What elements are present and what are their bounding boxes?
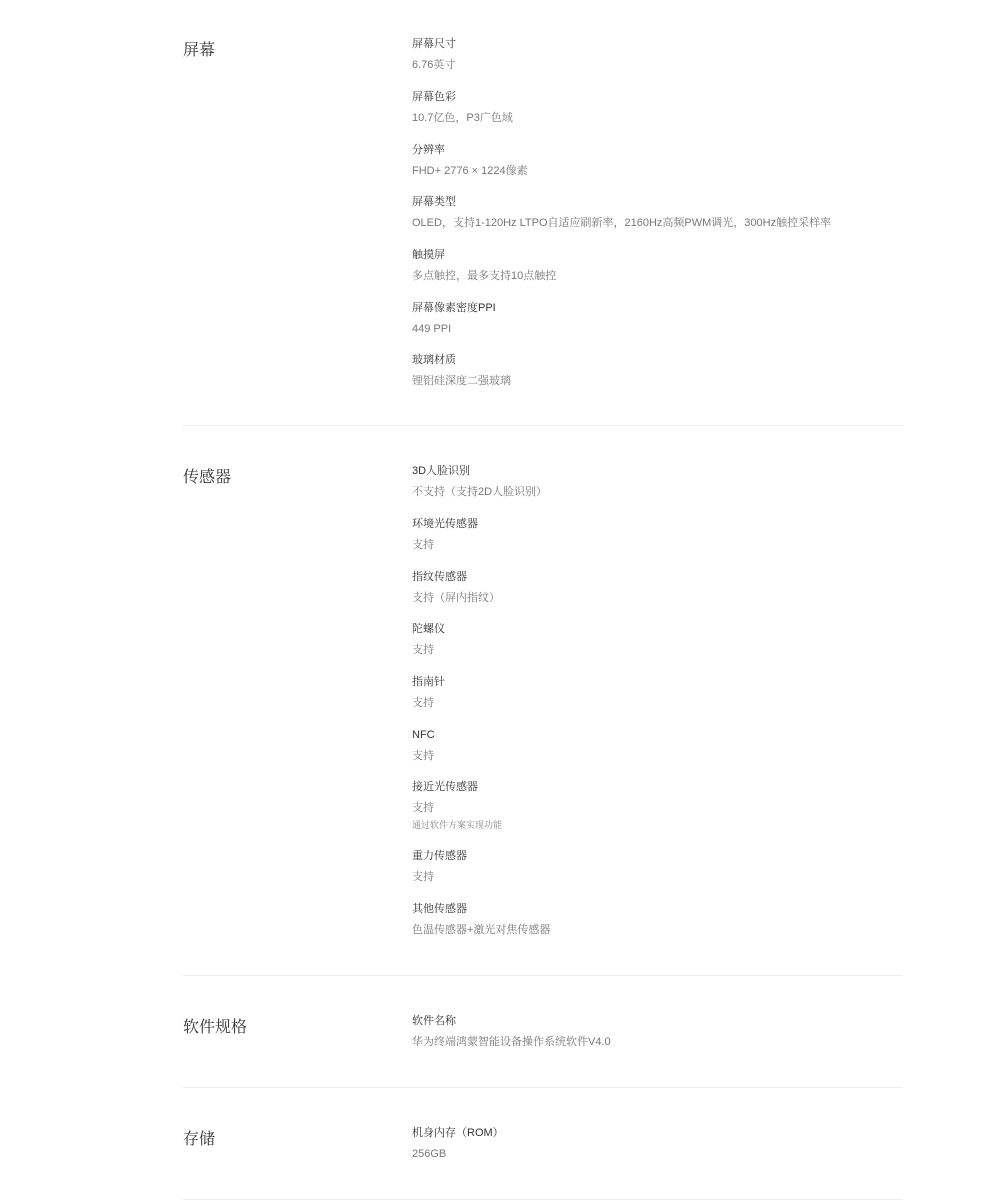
spec-item: 屏幕色彩 10.7亿色，P3广色域 xyxy=(412,90,513,126)
spec-value: FHD+ 2776 × 1224像素 xyxy=(412,164,528,179)
spec-value: 色温传感器+激光对焦传感器 xyxy=(412,923,550,938)
spec-item: 屏幕像素密度PPI 449 PPI xyxy=(412,301,496,337)
spec-value: 支持 xyxy=(412,801,502,816)
section-sensors: 传感器 3D人脸识别 不支持（支持2D人脸识别） 环境光传感器 支持 指纹传感器… xyxy=(183,464,903,976)
spec-note: 通过软件方案实现功能 xyxy=(412,819,502,831)
spec-item: 软件名称 华为终端鸿蒙智能设备操作系统软件V4.0 xyxy=(412,1014,611,1050)
spec-label: 屏幕类型 xyxy=(412,195,831,210)
spec-value: 不支持（支持2D人脸识别） xyxy=(412,485,547,500)
spec-label: 软件名称 xyxy=(412,1014,611,1029)
spec-label: NFC xyxy=(412,728,435,743)
section-screen: 屏幕 屏幕尺寸 6.76英寸 屏幕色彩 10.7亿色，P3广色域 分辨率 FHD… xyxy=(183,37,903,426)
spec-label: 指纹传感器 xyxy=(412,570,500,585)
spec-item: 重力传感器 支持 xyxy=(412,849,467,885)
spec-value: 多点触控，最多支持10点触控 xyxy=(412,269,556,284)
spec-label: 接近光传感器 xyxy=(412,780,502,795)
spec-item: 陀螺仪 支持 xyxy=(412,622,445,658)
spec-item: 触摸屏 多点触控，最多支持10点触控 xyxy=(412,248,556,284)
spec-item: 环境光传感器 支持 xyxy=(412,517,478,553)
spec-label: 屏幕色彩 xyxy=(412,90,513,105)
spec-value: 华为终端鸿蒙智能设备操作系统软件V4.0 xyxy=(412,1035,611,1050)
spec-label: 屏幕像素密度PPI xyxy=(412,301,496,316)
section-title: 存储 xyxy=(183,1126,412,1149)
spec-item: 接近光传感器 支持 通过软件方案实现功能 xyxy=(412,780,502,831)
spec-item: 指南针 支持 xyxy=(412,675,445,711)
spec-item: 屏幕尺寸 6.76英寸 xyxy=(412,37,456,73)
spec-label: 分辨率 xyxy=(412,143,528,158)
spec-value: 6.76英寸 xyxy=(412,58,456,73)
spec-label: 指南针 xyxy=(412,675,445,690)
spec-item: 其他传感器 色温传感器+激光对焦传感器 xyxy=(412,902,550,938)
spec-value: 10.7亿色，P3广色域 xyxy=(412,111,513,126)
section-software: 软件规格 软件名称 华为终端鸿蒙智能设备操作系统软件V4.0 xyxy=(183,1014,903,1088)
section-title: 屏幕 xyxy=(183,37,412,60)
section-title: 软件规格 xyxy=(183,1014,412,1037)
spec-label: 3D人脸识别 xyxy=(412,464,547,479)
spec-item: NFC 支持 xyxy=(412,728,435,764)
spec-label: 环境光传感器 xyxy=(412,517,478,532)
spec-label: 重力传感器 xyxy=(412,849,467,864)
spec-label: 玻璃材质 xyxy=(412,353,511,368)
spec-label: 触摸屏 xyxy=(412,248,556,263)
spec-item: 玻璃材质 锂铝硅深度二强玻璃 xyxy=(412,353,511,389)
spec-label: 陀螺仪 xyxy=(412,622,445,637)
spec-value: 支持 xyxy=(412,643,445,658)
spec-value: 256GB xyxy=(412,1147,504,1162)
spec-value: 支持 xyxy=(412,696,445,711)
spec-label: 其他传感器 xyxy=(412,902,550,917)
spec-item: 屏幕类型 OLED，支持1-120Hz LTPO自适应刷新率，2160Hz高频P… xyxy=(412,195,831,231)
spec-label: 机身内存（ROM） xyxy=(412,1126,504,1141)
spec-label: 屏幕尺寸 xyxy=(412,37,456,52)
spec-value: 449 PPI xyxy=(412,322,496,337)
spec-item: 指纹传感器 支持（屏内指纹） xyxy=(412,570,500,606)
spec-item: 分辨率 FHD+ 2776 × 1224像素 xyxy=(412,143,528,179)
section-storage: 存储 机身内存（ROM） 256GB xyxy=(183,1126,903,1200)
spec-item: 3D人脸识别 不支持（支持2D人脸识别） xyxy=(412,464,547,500)
spec-value: 支持 xyxy=(412,870,467,885)
spec-value: OLED，支持1-120Hz LTPO自适应刷新率，2160Hz高频PWM调光，… xyxy=(412,216,831,231)
spec-value: 支持 xyxy=(412,749,435,764)
section-title: 传感器 xyxy=(183,464,412,487)
spec-value: 锂铝硅深度二强玻璃 xyxy=(412,374,511,389)
spec-item: 机身内存（ROM） 256GB xyxy=(412,1126,504,1162)
spec-value: 支持（屏内指纹） xyxy=(412,591,500,606)
spec-value: 支持 xyxy=(412,538,478,553)
